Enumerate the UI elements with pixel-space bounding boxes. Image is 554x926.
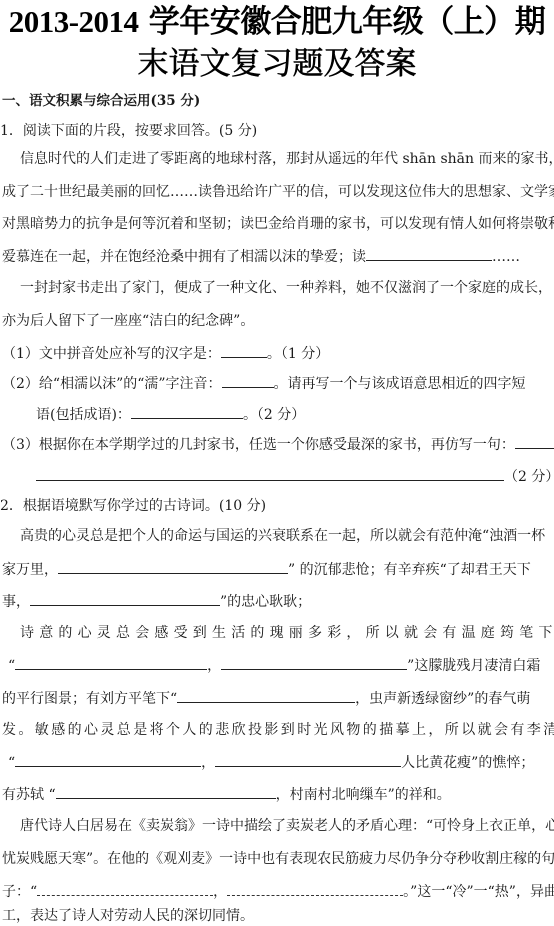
answer-blank[interactable] bbox=[215, 752, 401, 767]
passage-line: 爱慕连在一起，并在饱经沧桑中拥有了相濡以沫的挚爱；读…… bbox=[2, 246, 520, 267]
poem-context-line: 高贵的心灵总是把个人的命运与国运的兴衰联系在一起，所以就会有范仲淹“浊酒一杯 bbox=[20, 526, 545, 546]
poem-context-line: 事，”的忠心耿耿； bbox=[2, 591, 311, 612]
document-title-line1: 2013-2014 学年安徽合肥九年级（上）期 bbox=[0, 2, 554, 42]
poem-context-line: 工，表达了诗人对劳动人民的深切同情。 bbox=[2, 906, 254, 926]
answer-blank[interactable] bbox=[515, 434, 554, 449]
answer-blank-dashed[interactable] bbox=[37, 881, 213, 896]
poem-context-line: 诗意的心灵总会感受到生活的瑰丽多彩，所以就会有温庭筠笔下的 bbox=[20, 623, 554, 643]
poem-context-line: 的平行图景；有刘方平笔下“，虫声新透绿窗纱”的春气萌 bbox=[2, 688, 530, 709]
answer-blank[interactable] bbox=[58, 559, 288, 574]
answer-blank[interactable] bbox=[221, 343, 267, 358]
answer-blank[interactable] bbox=[36, 466, 504, 481]
answer-blank[interactable] bbox=[30, 591, 220, 606]
answer-blank[interactable] bbox=[221, 655, 407, 670]
section-heading: 一、语文积累与综合运用(35 分) bbox=[2, 91, 200, 111]
passage-line: 信息时代的人们走进了零距离的地球村落，那封从遥远的年代 shān shān 而来… bbox=[20, 149, 554, 169]
poem-context-line: 家万里，” 的沉郁悲怆；有辛弃疾“了却君王天下 bbox=[2, 559, 531, 580]
poem-context-line: “，人比黄花瘦”的憔悴； bbox=[8, 752, 534, 773]
answer-blank[interactable] bbox=[366, 246, 492, 261]
passage-line: 对黑暗势力的抗争是何等沉着和坚韧；读巴金给肖珊的家书，可以发现有情人如何将崇敬和 bbox=[2, 214, 554, 234]
answer-blank[interactable] bbox=[131, 404, 243, 419]
answer-blank[interactable] bbox=[15, 752, 201, 767]
document-title-line2: 末语文复习题及答案 bbox=[0, 44, 554, 84]
sub-question-3-cont: （2 分） bbox=[36, 466, 554, 487]
sub-question-3: （3）根据你在本学期学过的几封家书，任选一个你感受最深的家书，再仿写一句： bbox=[2, 434, 554, 455]
sub-question-2: （2）给“相濡以沫”的“濡”字注音：。请再写一个与该成语意思相近的四字短 bbox=[2, 373, 526, 394]
question-1-stem: 1．阅读下面的片段，按要求回答。(5 分) bbox=[0, 121, 257, 141]
answer-blank-dashed[interactable] bbox=[227, 881, 403, 896]
poem-context-line: 子：“，。”这一“冷”一“热”，异曲同 bbox=[2, 881, 554, 902]
poem-context-line: 忧炭贱愿天寒”。在他的《观刈麦》一诗中也有表现农民筋疲力尽仍争分夺秒收割庄稼的句 bbox=[2, 849, 554, 869]
passage-line: 亦为后人留下了一座座“洁白的纪念碑”。 bbox=[2, 311, 254, 331]
poem-context-line: 有苏轼 “，村南村北响缫车”的祥和。 bbox=[2, 784, 451, 805]
answer-blank[interactable] bbox=[15, 655, 207, 670]
poem-context-line: 唐代诗人白居易在《卖炭翁》一诗中描绘了卖炭老人的矛盾心理：“可怜身上衣正单，心 bbox=[20, 816, 554, 836]
poem-context-line: “，”这朦胧残月凄清白霜 bbox=[8, 655, 540, 676]
passage-line: 成了二十世纪最美丽的回忆……读鲁迅给许广平的信，可以发现这位伟大的思想家、文学家 bbox=[2, 182, 554, 202]
answer-blank[interactable] bbox=[56, 784, 276, 799]
sub-question-2-cont: 语(包括成语)：。（2 分） bbox=[36, 404, 305, 425]
answer-blank[interactable] bbox=[222, 373, 274, 388]
answer-blank[interactable] bbox=[177, 688, 355, 703]
poem-context-line: 发。敏感的心灵总是将个人的悲欣投影到时光风物的描摹上，所以就会有李清照 bbox=[2, 720, 554, 740]
sub-question-1: （1）文中拼音处应补写的汉字是：。（1 分） bbox=[2, 343, 329, 364]
passage-line: 一封封家书走出了家门，便成了一种文化、一种养料，她不仅滋润了一个家庭的成长， bbox=[20, 278, 552, 298]
question-2-stem: 2．根据语境默写你学过的古诗词。(10 分) bbox=[0, 496, 266, 516]
